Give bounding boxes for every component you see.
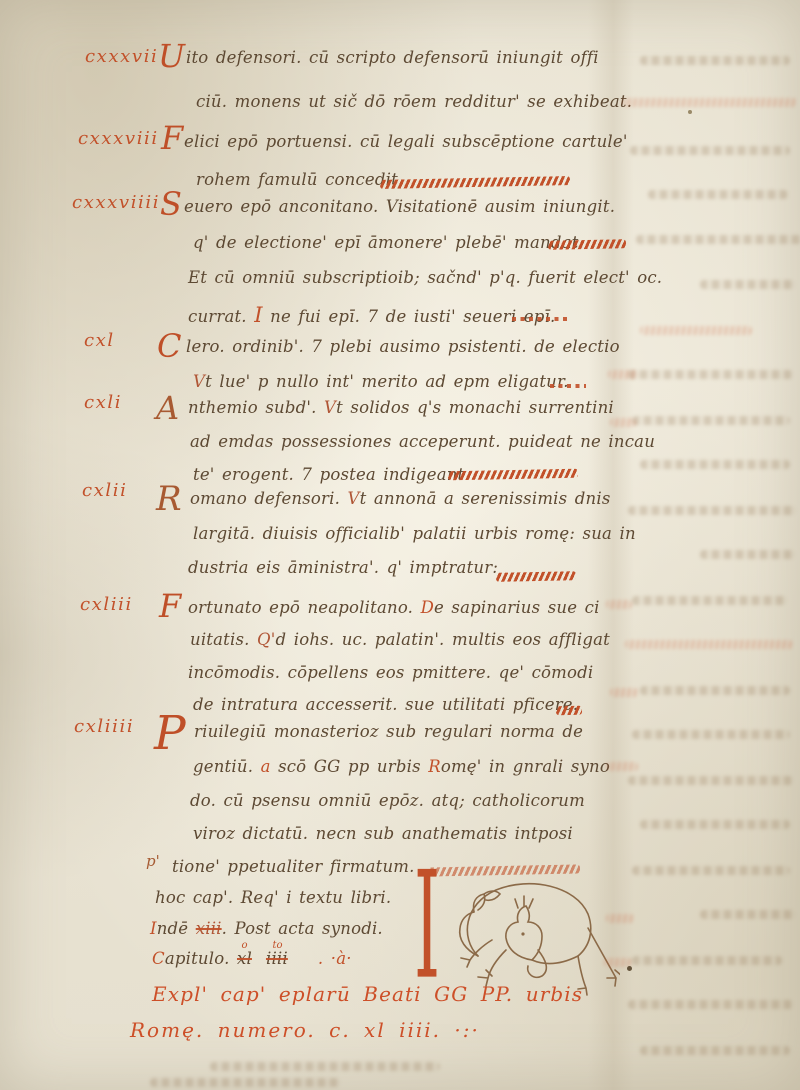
marginal-correction-sign: p' (146, 852, 160, 870)
verso-showthrough-line (648, 190, 788, 199)
verso-showthrough-line (640, 56, 790, 65)
text-line: ciū. monens ut sič dō rōem redditur' se … (196, 92, 632, 111)
line-filler-ornament (512, 317, 567, 321)
explicit-rubric-line: Romę. numero. c. xl iiii. ·:· (130, 1018, 480, 1042)
text-line: te' erogent. 7 postea indigeant. (193, 465, 470, 484)
text-line: hoc cap'. Req' i textu libri. (155, 888, 391, 907)
verso-showthrough-line (632, 866, 790, 875)
line-filler-ornament (448, 469, 578, 481)
text-line: nthemio subd'. Vt solidos q's monachi su… (188, 398, 614, 417)
text-line: incōmodis. cōpellens eos pmittere. qe' c… (188, 663, 593, 682)
text-line: gentiū. a scō GG pp urbis Romę' in gnral… (193, 757, 610, 776)
text-line: euero epō anconitano. Visitationē ausim … (184, 197, 615, 216)
verso-showthrough-numeral (610, 688, 638, 697)
chapter-numeral: cxl (84, 330, 115, 351)
verso-showthrough-line (640, 1046, 790, 1055)
verso-showthrough-numeral (606, 914, 634, 923)
verso-showthrough-line (625, 640, 793, 649)
text-line: dustria eis āministra'. q' imptratur: (188, 558, 498, 577)
chapter-numeral: cxxxviiii (72, 192, 160, 213)
rubric-initial-inline: I (254, 303, 263, 327)
verso-showthrough-line (628, 1000, 793, 1009)
verso-showthrough-line (210, 1062, 440, 1071)
text-line: riuilegiū monasterioz sub regulari norma… (194, 722, 583, 741)
verso-showthrough-line (700, 910, 795, 919)
text-line: Et cū omniū subscriptioib; sačnd' p'q. f… (188, 268, 662, 287)
chapter-initial: S (160, 188, 182, 220)
text-line: omano defensori. Vt annonā a serenissimi… (190, 489, 611, 508)
text-line: de intratura accesserit. sue utilitati p… (193, 695, 578, 714)
line-filler-ornament (556, 706, 582, 716)
verso-showthrough-numeral (608, 370, 638, 379)
chapter-initial: A (156, 392, 179, 424)
chapter-numeral: cxxxviii (78, 128, 159, 149)
chapter-initial: F (161, 122, 183, 154)
verso-showthrough-line (632, 956, 782, 965)
verso-showthrough-line (632, 730, 790, 739)
chapter-numeral: cxli (84, 392, 122, 413)
text-line: ito defensori. cū scripto defensorū iniu… (186, 48, 599, 67)
text-line: largitā. diuisis officialib' palatii urb… (193, 524, 636, 543)
verso-showthrough-line (630, 146, 790, 155)
verso-showthrough-line (628, 506, 796, 515)
verso-showthrough-numeral (606, 762, 638, 771)
chapter-initial: P (154, 710, 186, 757)
parchment-speck (627, 966, 632, 971)
text-line: uitatis. Q'd iohs. uc. palatin'. multis … (190, 630, 610, 649)
line-filler-ornament (380, 176, 570, 189)
verso-showthrough-numeral (606, 600, 632, 609)
chapter-numeral: cxlii (82, 480, 128, 501)
manuscript-page: cxxxvii cxxxviii cxxxviiii cxl cxli cxli… (0, 0, 800, 1090)
chapter-numeral: cxliiii (74, 716, 134, 737)
verso-showthrough-line (632, 416, 790, 425)
text-line: lero. ordinib'. 7 plebi ausimo psistenti… (186, 337, 620, 356)
verso-showthrough-line (640, 326, 752, 335)
text-line: viroz dictatū. necn sub anathematis intp… (193, 824, 573, 843)
verso-showthrough-line (636, 235, 800, 244)
verso-showthrough-line (632, 596, 787, 605)
verso-showthrough-line (150, 1078, 340, 1087)
text-line: elici epō portuensi. cū legali subscēpti… (184, 132, 628, 151)
verso-showthrough-line (640, 460, 790, 469)
line-filler-ornament (548, 239, 626, 250)
line-filler-ornament (496, 571, 576, 582)
verso-showthrough-line (700, 280, 795, 289)
text-line: Vt lue' p nullo int' merito ad epm eliga… (193, 372, 569, 391)
text-line: q' de electione' epī āmonere' plebē' man… (193, 233, 584, 252)
chapter-numeral: cxxxvii (85, 46, 158, 67)
text-line: Indē xiii. Post acta synodi. (150, 919, 383, 938)
beast-drawing (430, 866, 620, 1001)
text-line: ad emdas possessiones acceperunt. puidea… (190, 432, 655, 451)
verso-showthrough-line (640, 820, 790, 829)
verso-showthrough-line (700, 550, 795, 559)
chapter-initial: R (156, 482, 182, 516)
text-line: currat. I ne fui epī. 7 de iusti' seueri… (188, 303, 555, 327)
verso-showthrough-line (628, 370, 793, 379)
parchment-speck (688, 110, 692, 114)
text-line: Capitulo. xloiiiito. ·à· (152, 949, 352, 968)
text-line: rohem famulū concedit. (196, 170, 403, 189)
text-line: do. cū psensu omniū epōz. atq; catholico… (190, 791, 585, 810)
line-filler-ornament (550, 384, 586, 388)
verso-showthrough-line (622, 98, 797, 107)
text-line: tione' ppetualiter firmatum. (172, 857, 415, 876)
chapter-initial: C (157, 330, 181, 362)
chapter-initial: F (159, 590, 181, 622)
verso-showthrough-line (640, 686, 790, 695)
verso-showthrough-line (628, 776, 793, 785)
verso-showthrough-numeral (610, 418, 636, 427)
chapter-numeral: cxliii (80, 594, 133, 615)
chapter-initial: U (158, 40, 185, 72)
text-line: ortunato epō neapolitano. De sapinarius … (188, 598, 600, 617)
